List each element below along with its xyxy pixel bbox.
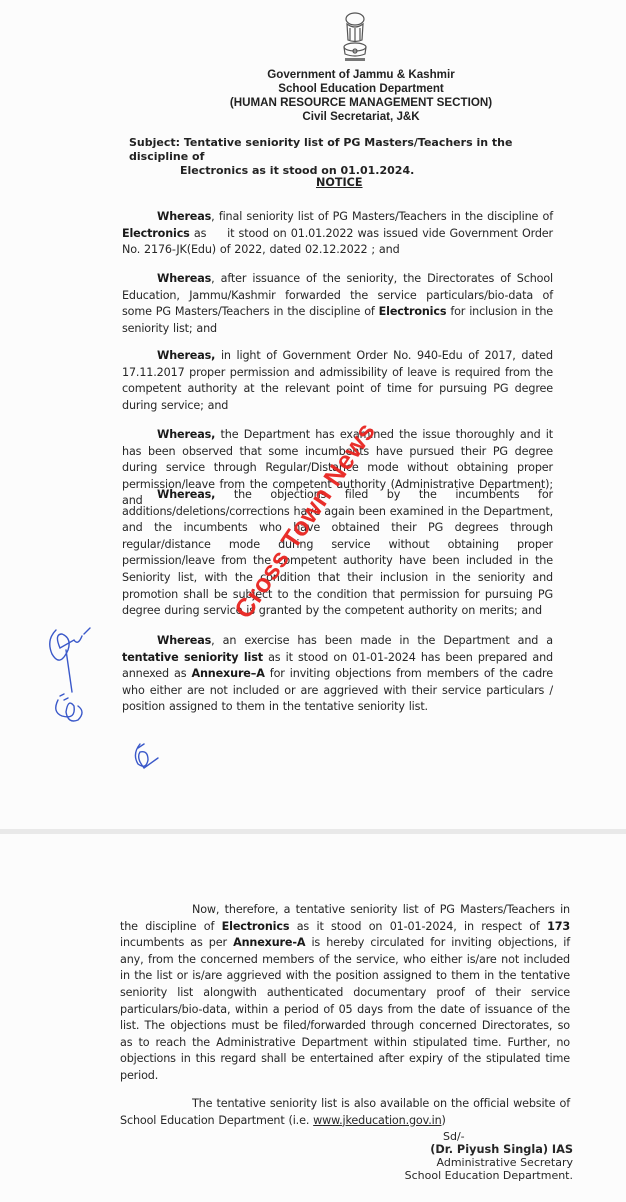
lead-word: Whereas bbox=[157, 210, 211, 223]
incumbent-count: 173 bbox=[547, 920, 570, 933]
paragraph-3: Whereas, in light of Government Order No… bbox=[122, 348, 553, 414]
lead-word: Whereas, bbox=[157, 428, 215, 441]
website-paragraph: The tentative seniority list is also ava… bbox=[120, 1096, 570, 1129]
office-location: Civil Secretariat, J&K bbox=[200, 110, 522, 124]
national-emblem-icon bbox=[331, 10, 379, 64]
text: ) bbox=[442, 1114, 446, 1127]
text: incumbents as per bbox=[120, 936, 233, 949]
letterhead: Government of Jammu & Kashmir School Edu… bbox=[200, 68, 522, 124]
signed-mark: Sd/- bbox=[405, 1130, 573, 1143]
signatory-department: School Education Department. bbox=[405, 1169, 573, 1182]
signatory-name: (Dr. Piyush Singla) IAS bbox=[405, 1143, 573, 1156]
cutoff-footer-line bbox=[100, 1196, 580, 1202]
text: is hereby circulated for inviting object… bbox=[120, 936, 570, 1082]
emphasis: Annexure–A bbox=[191, 667, 264, 680]
notice-title: NOTICE bbox=[316, 176, 363, 189]
government-name: Government of Jammu & Kashmir bbox=[200, 68, 522, 82]
emphasis: Electronics bbox=[122, 227, 190, 240]
subject-label: Subject: bbox=[129, 136, 180, 149]
website-link[interactable]: www.jkeducation.gov.in bbox=[313, 1114, 441, 1127]
paragraph-6: Whereas, an exercise has been made in th… bbox=[122, 633, 553, 716]
emphasis: Annexure-A bbox=[233, 936, 305, 949]
lead-word: Whereas, bbox=[157, 349, 215, 362]
document-page-1: Government of Jammu & Kashmir School Edu… bbox=[0, 0, 626, 829]
lead-word: Whereas, bbox=[157, 488, 215, 501]
text: as it stood on 01-01-2024, in respect of bbox=[289, 920, 547, 933]
handwritten-initials-icon bbox=[38, 620, 98, 730]
emphasis: Electronics bbox=[379, 305, 447, 318]
emphasis: tentative seniority list bbox=[122, 651, 263, 664]
paragraph-5: Whereas, the objections filed by the inc… bbox=[122, 487, 553, 620]
emphasis: Electronics bbox=[222, 920, 290, 933]
paragraph-2: Whereas, after issuance of the seniority… bbox=[122, 271, 553, 337]
lead-word: Whereas bbox=[157, 272, 211, 285]
section-name: (HUMAN RESOURCE MANAGEMENT SECTION) bbox=[200, 96, 522, 110]
signature-block: Sd/- (Dr. Piyush Singla) IAS Administrat… bbox=[405, 1130, 573, 1182]
department-name: School Education Department bbox=[200, 82, 522, 96]
signatory-designation: Administrative Secretary bbox=[405, 1156, 573, 1169]
text: , an exercise has been made in the Depar… bbox=[211, 634, 553, 647]
operative-paragraph: Now, therefore, a tentative seniority li… bbox=[120, 902, 570, 1085]
subject-text-line1: Tentative seniority list of PG Masters/T… bbox=[129, 136, 512, 163]
text: , final seniority list of PG Masters/Tea… bbox=[211, 210, 553, 223]
handwritten-initial-icon bbox=[128, 740, 168, 776]
subject-line: Subject: Tentative seniority list of PG … bbox=[129, 136, 549, 178]
lead-word: Whereas bbox=[157, 634, 211, 647]
paragraph-1: Whereas, final seniority list of PG Mast… bbox=[122, 209, 553, 259]
text: the objections filed by the incumbents f… bbox=[122, 488, 553, 617]
